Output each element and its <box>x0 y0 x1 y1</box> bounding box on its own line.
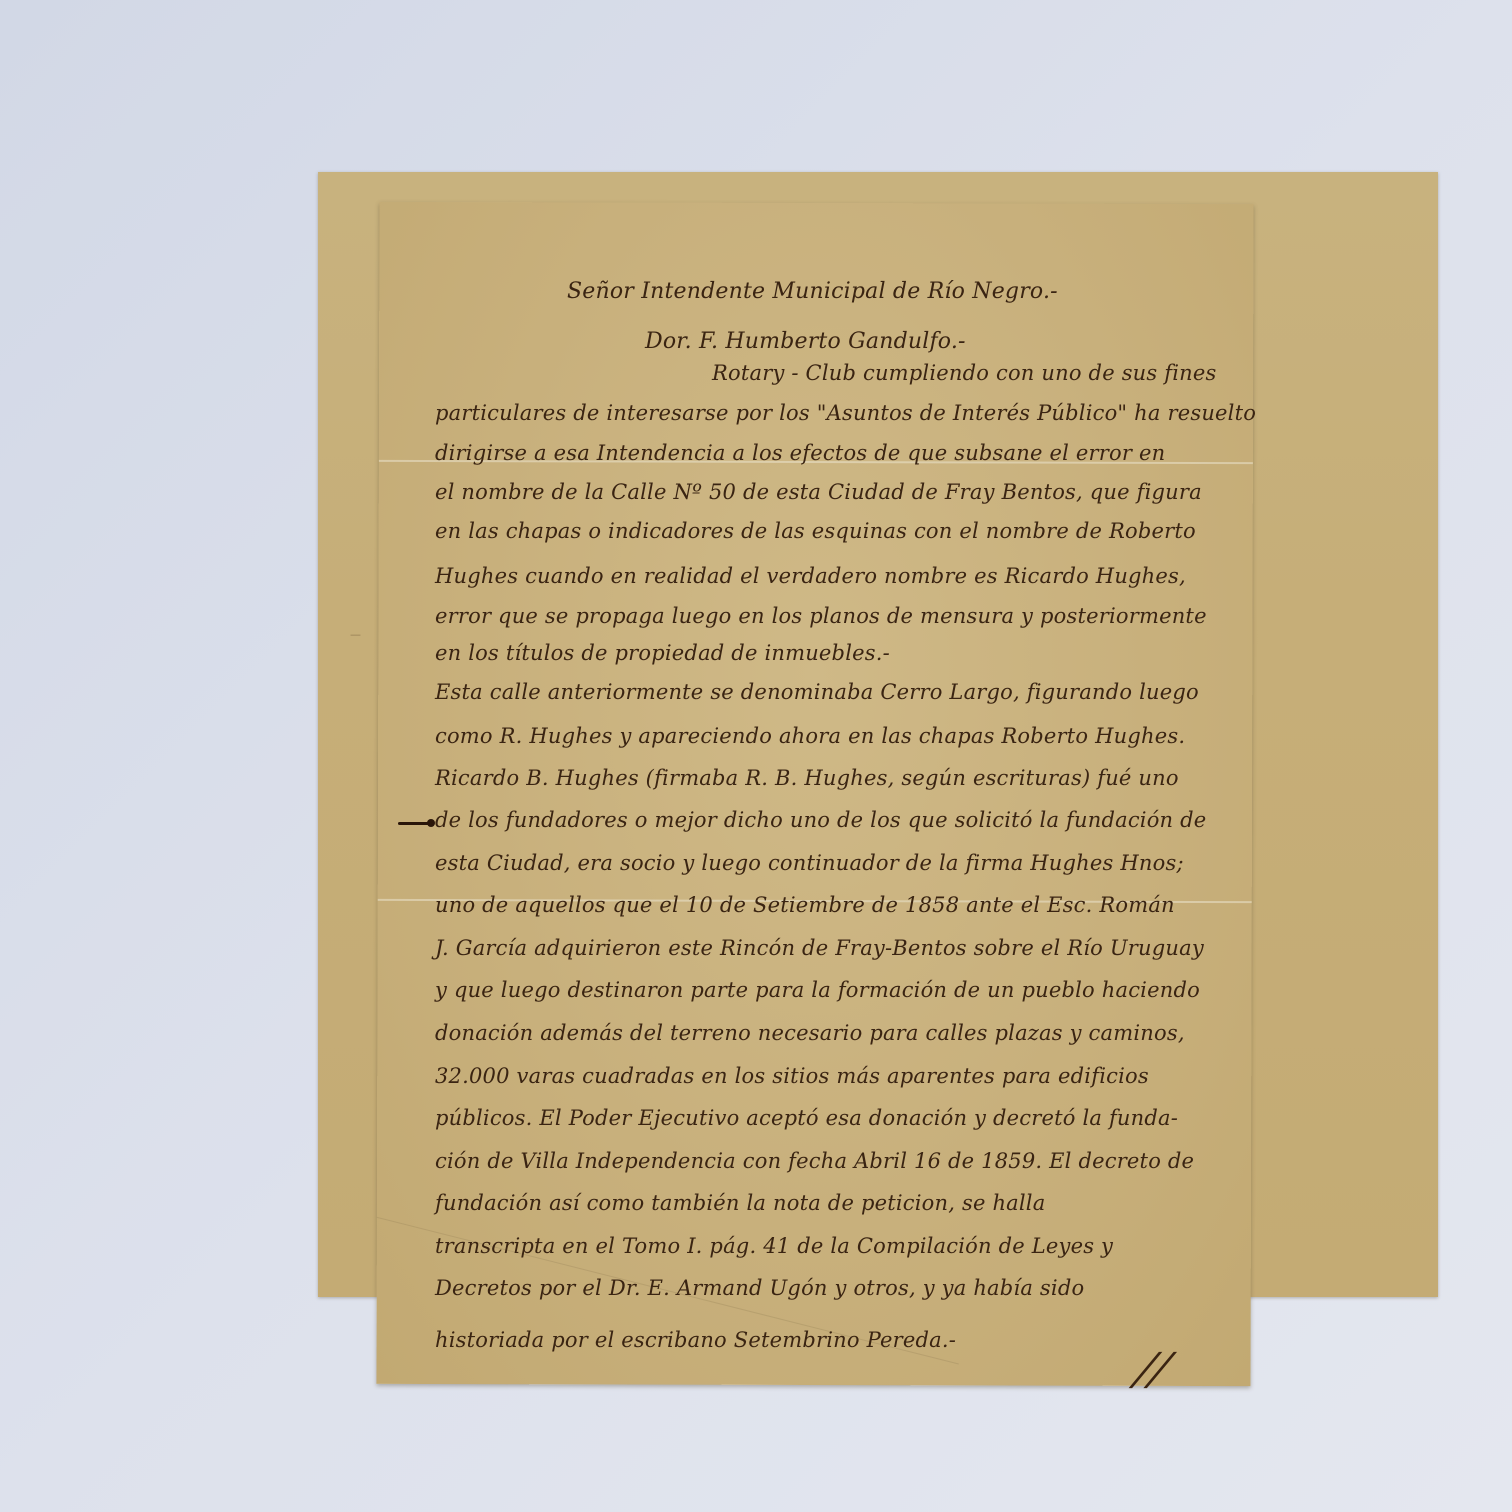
addressee-line-1: Señor Intendente Municipal de Río Negro.… <box>567 281 1058 303</box>
body-line: 32.000 varas cuadradas en los sitios más… <box>435 1066 1149 1087</box>
body-line: historiada por el escribano Setembrino P… <box>435 1330 956 1351</box>
body-line: en las chapas o indicadores de las esqui… <box>435 521 1196 542</box>
body-line: Hughes cuando en realidad el verdadero n… <box>435 566 1186 587</box>
body-line: de los fundadores o mejor dicho uno de l… <box>435 810 1206 831</box>
body-line: públicos. El Poder Ejecutivo aceptó esa … <box>435 1108 1178 1129</box>
body-line: como R. Hughes y apareciendo ahora en la… <box>435 726 1185 747</box>
body-line: el nombre de la Calle Nº 50 de esta Ciud… <box>435 482 1202 503</box>
body-line: esta Ciudad, era socio y luego continuad… <box>435 853 1184 874</box>
body-line: error que se propaga luego en los planos… <box>435 606 1207 627</box>
body-line: donación además del terreno necesario pa… <box>435 1023 1185 1044</box>
body-line: Ricardo B. Hughes (firmaba R. B. Hughes,… <box>435 768 1179 789</box>
body-line: fundación así como también la nota de pe… <box>435 1193 1045 1214</box>
body-line: Decretos por el Dr. E. Armand Ugón y otr… <box>435 1278 1084 1299</box>
body-line: y que luego destinaron parte para la for… <box>435 980 1200 1001</box>
body-line: Esta calle anteriormente se denominaba C… <box>435 682 1199 703</box>
body-line: transcripta en el Tomo I. pág. 41 de la … <box>435 1236 1113 1257</box>
body-line: dirigirse a esa Intendencia a los efecto… <box>435 443 1165 464</box>
addressee-line-2: Dor. F. Humberto Gandulfo.- <box>645 331 966 353</box>
body-line: J. García adquirieron este Rincón de Fra… <box>435 938 1204 959</box>
margin-pencil-mark: — <box>350 628 361 641</box>
body-line: en los títulos de propiedad de inmuebles… <box>435 643 890 664</box>
body-line: uno de aquellos que el 10 de Setiembre d… <box>435 895 1175 916</box>
body-line: Rotary - Club cumpliendo con uno de sus … <box>712 363 1216 384</box>
body-line: ción de Villa Independencia con fecha Ab… <box>435 1151 1194 1172</box>
body-line: particulares de interesarse por los "Asu… <box>435 403 1256 424</box>
margin-ink-mark <box>398 822 432 825</box>
